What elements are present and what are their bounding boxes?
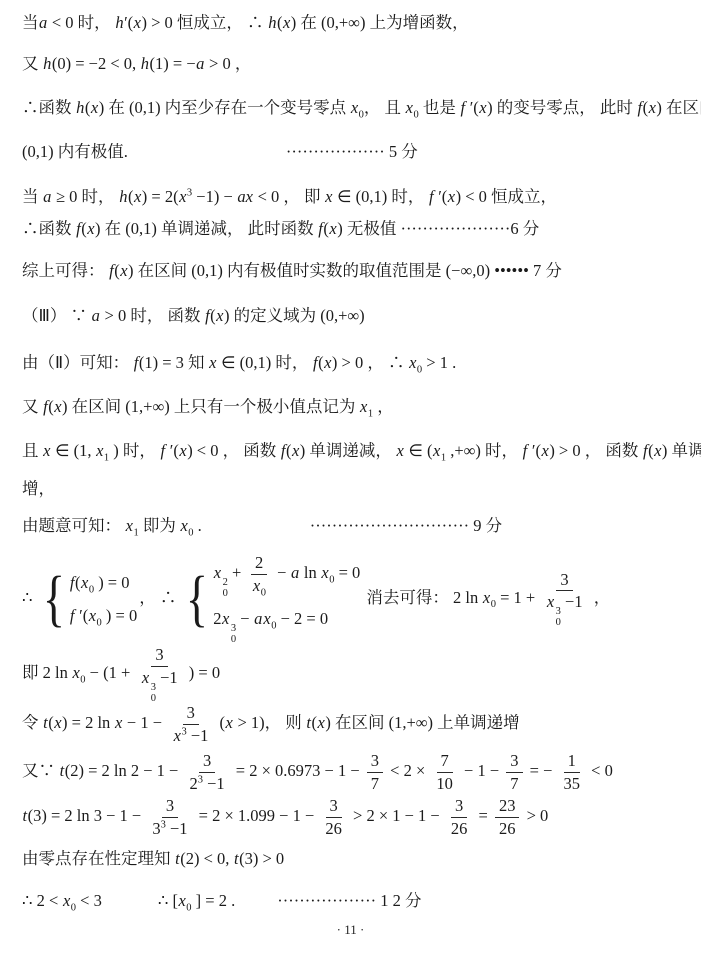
spacer bbox=[235, 905, 277, 906]
text-run: 增， bbox=[22, 479, 55, 498]
math-variable: x bbox=[96, 441, 104, 460]
text-run: < 0 ， 即 bbox=[253, 187, 324, 206]
math-variable: x bbox=[447, 187, 455, 206]
fraction-numerator: 23 bbox=[495, 796, 520, 818]
math-variable: x bbox=[546, 592, 554, 611]
text-run: −1) − bbox=[192, 187, 237, 206]
text-run: ， bbox=[373, 397, 394, 416]
text-run: ( bbox=[48, 397, 54, 416]
text-run: 26 bbox=[499, 819, 516, 838]
text-run: 由零点存在性定理知 bbox=[22, 849, 175, 868]
solution-line-10: 又 f(x) 在区间 (1,+∞) 上只有一个极小值点记为 x1 ， bbox=[22, 394, 394, 420]
text-run: ) = 0 bbox=[185, 663, 220, 682]
text-run: ( bbox=[648, 441, 654, 460]
fraction-denominator: 26 bbox=[447, 818, 472, 839]
text-run: ( bbox=[318, 353, 324, 372]
fraction-numerator: 3 bbox=[556, 570, 572, 592]
fraction-numerator: 3 bbox=[183, 703, 199, 725]
text-run: + bbox=[228, 563, 246, 582]
fraction: 3x30 −1 bbox=[542, 570, 586, 629]
text-run: . bbox=[194, 516, 202, 535]
math-variable: x bbox=[209, 353, 217, 372]
text-run: 7 bbox=[510, 774, 518, 793]
text-run: ) 在 (0,+∞) 上为增函数， bbox=[291, 13, 469, 32]
solution-line-12: 增， bbox=[22, 476, 55, 502]
text-run: ′( bbox=[466, 98, 479, 117]
text-run: ) 在区间 bbox=[656, 98, 701, 117]
text-run: ] = 2 . bbox=[192, 891, 236, 910]
math-variable: x bbox=[282, 13, 290, 32]
fraction-numerator: 3 bbox=[506, 751, 522, 773]
fraction-denominator: 7 bbox=[506, 773, 522, 794]
math-variable: x bbox=[654, 441, 662, 460]
solution-line-20: ∴ 2 < x0 < 3∴ [x0 ] = 2 .···············… bbox=[22, 888, 422, 914]
math-variable: a bbox=[196, 54, 205, 73]
text-run: (2) = 2 ln 2 − 1 − bbox=[65, 761, 183, 780]
fraction: 37 bbox=[367, 751, 383, 794]
text-run: (0,1) 内有极值. bbox=[22, 142, 128, 161]
text-run: ∴函数 bbox=[22, 98, 76, 117]
text-run: < 0 时， bbox=[48, 13, 115, 32]
math-variable: x bbox=[482, 588, 490, 607]
text-run: 3 bbox=[203, 751, 211, 770]
system-rows: f(x0 ) = 0f ′(x0 ) = 0 bbox=[69, 570, 137, 629]
math-variable: h bbox=[43, 54, 52, 73]
text-run: ) 在 (0,1) 单调递减， 此时函数 bbox=[95, 219, 318, 238]
text-run: ， ∴ bbox=[139, 588, 180, 607]
solution-line-11: 且 x ∈ (1, x1 ) 时， f ′(x) < 0 ， 函数 f(x) 单… bbox=[22, 438, 701, 464]
text-run: ∴ bbox=[22, 588, 37, 607]
text-run: > 1)， 则 bbox=[233, 713, 306, 732]
math-variable: x bbox=[479, 98, 487, 117]
fraction-numerator: 2 bbox=[251, 553, 267, 575]
text-run: ) > 0 恒成立， ∴ bbox=[142, 13, 268, 32]
text-run: 消去可得： 2 ln bbox=[362, 588, 482, 607]
text-run: − (1 + bbox=[86, 663, 135, 682]
solution-line-18: t(3) = 2 ln 3 − 1 − 333 −1 = 2 × 1.099 −… bbox=[22, 796, 548, 839]
text-run: 令 bbox=[22, 713, 43, 732]
text-run: −1 bbox=[156, 668, 178, 687]
text-run: > 1 . bbox=[422, 353, 456, 372]
text-run: ′( bbox=[166, 441, 179, 460]
system-row: x20 + 2x0 − a ln x0 = 0 bbox=[213, 553, 360, 599]
fraction-numerator: 3 bbox=[326, 796, 342, 818]
fraction-denominator: 33 −1 bbox=[148, 818, 191, 839]
text-run: ( bbox=[215, 713, 225, 732]
fraction-numerator: 3 bbox=[367, 751, 383, 773]
text-run: −1 bbox=[561, 592, 583, 611]
text-run: 当 bbox=[22, 13, 39, 32]
spacer bbox=[128, 156, 286, 157]
text-run: 综上可得： bbox=[22, 261, 109, 280]
system-rows: x20 + 2x0 − a ln x0 = 02x30 − ax0 − 2 = … bbox=[213, 553, 360, 645]
text-run: ) 在区间 (1,+∞) 上单调递增 bbox=[325, 713, 519, 732]
text-run: 即为 bbox=[139, 516, 180, 535]
text-run: ln bbox=[300, 563, 321, 582]
math-variable: x bbox=[252, 576, 260, 595]
fraction: 323 −1 bbox=[185, 751, 228, 794]
math-variable: x bbox=[179, 187, 187, 206]
text-run: 又∵ bbox=[22, 761, 59, 780]
fraction: 37 bbox=[506, 751, 522, 794]
text-run: = 0 bbox=[334, 563, 360, 582]
text-run: > 0 bbox=[522, 806, 548, 825]
text-run: > 0 ， bbox=[205, 54, 251, 73]
math-solution-page: 当a < 0 时， h′(x) > 0 恒成立， ∴ h(x) 在 (0,+∞)… bbox=[0, 0, 701, 953]
system-row: f(x0 ) = 0 bbox=[69, 570, 129, 596]
solution-line-13: 由题意可知： x1 即为 x0 .·······················… bbox=[22, 513, 502, 539]
text-run: ≥ 0 时， bbox=[52, 187, 119, 206]
text-run: ( bbox=[48, 713, 54, 732]
text-run: ′( bbox=[434, 187, 447, 206]
text-run: ) 单调递减， bbox=[300, 441, 396, 460]
solution-line-04: (0,1) 内有极值.·················· 5 分 bbox=[22, 139, 418, 165]
text-run: (2) < 0, bbox=[180, 849, 233, 868]
fraction-numerator: 1 bbox=[564, 751, 580, 773]
text-run: 7 bbox=[441, 751, 449, 770]
math-variable: x bbox=[87, 219, 95, 238]
subscript: 0 bbox=[261, 587, 266, 598]
text-run: < 2 × bbox=[386, 761, 429, 780]
solution-line-07: 综上可得： f(x) 在区间 (0,1) 内有极值时实数的取值范围是 (−∞,0… bbox=[22, 258, 562, 284]
text-run: 当 bbox=[22, 187, 43, 206]
text-run: ∈ (1, bbox=[51, 441, 96, 460]
math-variable: x bbox=[90, 98, 98, 117]
system-row: f ′(x0 ) = 0 bbox=[69, 603, 137, 629]
fraction: 2x0 bbox=[248, 553, 270, 596]
text-run: 即 2 ln bbox=[22, 663, 72, 682]
text-run: > 0 时， 函数 bbox=[100, 306, 204, 325]
solution-line-02: 又 h(0) = −2 < 0, h(1) = −a > 0 ， bbox=[22, 51, 251, 77]
math-variable: x bbox=[329, 219, 337, 238]
math-variable: h bbox=[115, 13, 124, 32]
math-variable: x bbox=[54, 713, 62, 732]
text-run: 2 bbox=[255, 553, 263, 572]
fraction-denominator: x3 −1 bbox=[169, 725, 212, 746]
fraction: 710 bbox=[432, 751, 457, 794]
text-run: 10 bbox=[436, 774, 453, 793]
fraction: 2326 bbox=[495, 796, 520, 839]
math-variable: x bbox=[179, 441, 187, 460]
text-run: −1 bbox=[166, 819, 188, 838]
text-run: 23 bbox=[499, 796, 516, 815]
text-run: 2 bbox=[213, 609, 221, 628]
solution-line-16: 令 t(x) = 2 ln x − 1 − 3x3 −1 (x > 1)， 则 … bbox=[22, 703, 520, 746]
text-run: ， 且 bbox=[364, 98, 405, 117]
fraction-denominator: x30 −1 bbox=[542, 591, 586, 628]
fraction-denominator: x30 −1 bbox=[137, 667, 181, 704]
solution-line-09: 由（Ⅱ）可知： f(1) = 3 知 x ∈ (0,1) 时， f(x) > 0… bbox=[22, 350, 456, 376]
math-variable: x bbox=[409, 353, 417, 372]
text-run: ·················· 5 分 bbox=[286, 142, 418, 161]
solution-line-03: ∴函数 h(x) 在 (0,1) 内至少存在一个变号零点 x0， 且 x0 也是… bbox=[22, 95, 701, 121]
text-run: 1 bbox=[568, 751, 576, 770]
math-variable: ax bbox=[237, 187, 254, 206]
text-run: ) = 0 bbox=[102, 606, 137, 625]
text-run: ∈ (0,1) 时， bbox=[333, 187, 429, 206]
math-variable: h bbox=[119, 187, 128, 206]
text-run: ) = 0 bbox=[94, 573, 129, 592]
fraction-numerator: 3 bbox=[451, 796, 467, 818]
page-number: · 11 · bbox=[0, 922, 701, 938]
math-variable: x bbox=[321, 563, 329, 582]
math-variable: a bbox=[39, 13, 48, 32]
text-run: 3 bbox=[166, 796, 174, 815]
text-run: ) < 0 恒成立， bbox=[456, 187, 557, 206]
text-run: 又 bbox=[22, 397, 43, 416]
text-run: 35 bbox=[564, 774, 581, 793]
left-brace: { bbox=[186, 573, 208, 626]
math-variable: x bbox=[88, 606, 96, 625]
equation-system: {x20 + 2x0 − a ln x0 = 02x30 − ax0 − 2 =… bbox=[182, 553, 360, 645]
text-run: （Ⅲ） ∵ bbox=[22, 306, 91, 325]
solution-line-08: （Ⅲ） ∵ a > 0 时， 函数 f(x) 的定义域为 (0,+∞) bbox=[22, 303, 365, 329]
math-variable: a bbox=[291, 563, 300, 582]
text-run: ) 在 (0,1) 内至少存在一个变号零点 bbox=[99, 98, 351, 117]
text-run: 也是 bbox=[419, 98, 460, 117]
fraction: 326 bbox=[447, 796, 472, 839]
text-run: ) 无极值 ····················6 分 bbox=[337, 219, 539, 238]
text-run: ) 在区间 (1,+∞) 上只有一个极小值点记为 bbox=[62, 397, 359, 416]
math-variable: a bbox=[254, 609, 263, 628]
text-run: −1 bbox=[203, 774, 225, 793]
math-variable: x bbox=[263, 609, 271, 628]
text-run: 2 bbox=[189, 774, 197, 793]
fraction-denominator: 10 bbox=[432, 773, 457, 794]
fraction: 333 −1 bbox=[148, 796, 191, 839]
math-variable: x bbox=[120, 261, 128, 280]
system-row: 2x30 − ax0 − 2 = 0 bbox=[213, 606, 328, 645]
text-run: 3 bbox=[560, 570, 568, 589]
math-variable: x bbox=[114, 713, 122, 732]
math-variable: x bbox=[350, 98, 358, 117]
math-variable: x bbox=[222, 609, 230, 628]
solution-line-15: 即 2 ln x0 − (1 + 3x30 −1 ) = 0 bbox=[22, 645, 220, 704]
text-run: ∴ 2 < bbox=[22, 891, 62, 910]
fraction-numerator: 7 bbox=[437, 751, 453, 773]
fraction-numerator: 3 bbox=[162, 796, 178, 818]
text-run: ( bbox=[81, 219, 87, 238]
text-run: = 2 × 1.099 − 1 − bbox=[195, 806, 319, 825]
text-run: ∴函数 bbox=[22, 219, 76, 238]
text-run: 3 bbox=[510, 751, 518, 770]
text-run: > 2 × 1 − 1 − bbox=[349, 806, 444, 825]
text-run: < 0 bbox=[587, 761, 613, 780]
text-run: − 1 − bbox=[123, 713, 166, 732]
text-run: −1 bbox=[187, 726, 209, 745]
math-variable: x bbox=[291, 441, 299, 460]
math-variable: x bbox=[433, 441, 441, 460]
text-run: ·················· 1 2 分 bbox=[277, 891, 421, 910]
fraction: 3x3 −1 bbox=[169, 703, 212, 746]
fraction: 3x30 −1 bbox=[137, 645, 181, 704]
math-variable: x bbox=[325, 187, 333, 206]
math-variable: x bbox=[213, 563, 221, 582]
text-run: ,+∞) 时， bbox=[446, 441, 522, 460]
math-variable: x bbox=[133, 187, 141, 206]
text-run: 26 bbox=[325, 819, 342, 838]
text-run: − 1 − bbox=[460, 761, 503, 780]
fraction-denominator: 23 −1 bbox=[185, 773, 228, 794]
math-variable: h bbox=[140, 54, 149, 73]
text-run: (0) = −2 < 0, bbox=[52, 54, 140, 73]
solution-line-06: ∴函数 f(x) 在 (0,1) 单调递减， 此时函数 f(x) 无极值 ···… bbox=[22, 216, 539, 242]
text-run: ) 单调递 bbox=[662, 441, 701, 460]
solution-line-19: 由零点存在性定理知 t(2) < 0, t(3) > 0 bbox=[22, 846, 284, 872]
text-run: ····························· 9 分 bbox=[310, 516, 502, 535]
text-run: 由（Ⅱ）可知： bbox=[22, 353, 133, 372]
text-run: ∴ [ bbox=[158, 891, 178, 910]
fraction-numerator: 3 bbox=[199, 751, 215, 773]
text-run: ( bbox=[114, 261, 120, 280]
text-run: 且 bbox=[22, 441, 43, 460]
math-variable: h bbox=[268, 13, 277, 32]
math-variable: x bbox=[359, 397, 367, 416]
solution-line-05: 当 a ≥ 0 时， h(x) = 2(x3 −1) − ax < 0 ， 即 … bbox=[22, 184, 557, 210]
text-run: ∈ ( bbox=[404, 441, 432, 460]
math-variable: x bbox=[141, 668, 149, 687]
solution-line-17: 又∵ t(2) = 2 ln 2 − 1 − 323 −1 = 2 × 0.69… bbox=[22, 751, 613, 794]
text-run: ) 时， bbox=[109, 441, 160, 460]
script-sub: 0 bbox=[231, 634, 236, 645]
math-variable: x bbox=[216, 306, 224, 325]
fraction-denominator: 26 bbox=[495, 818, 520, 839]
text-run: ， bbox=[590, 588, 611, 607]
text-run: 又 bbox=[22, 54, 43, 73]
solution-line-01: 当a < 0 时， h′(x) > 0 恒成立， ∴ h(x) 在 (0,+∞)… bbox=[22, 10, 469, 36]
text-run: ) > 0 ， 函数 bbox=[549, 441, 642, 460]
script-sub: 0 bbox=[556, 617, 561, 628]
fraction-numerator: 3 bbox=[151, 645, 167, 667]
text-run: = bbox=[474, 806, 492, 825]
text-run: ) < 0 ， 函数 bbox=[187, 441, 280, 460]
text-run: ) 的变号零点， 此时 bbox=[487, 98, 637, 117]
math-variable: x bbox=[324, 353, 332, 372]
text-run: = − bbox=[526, 761, 557, 780]
text-run: (3) = 2 ln 3 − 1 − bbox=[28, 806, 146, 825]
math-variable: x bbox=[54, 397, 62, 416]
text-run: (1) = − bbox=[150, 54, 196, 73]
fraction-denominator: 7 bbox=[367, 773, 383, 794]
fraction-denominator: 26 bbox=[321, 818, 346, 839]
text-run: 3 bbox=[187, 703, 195, 722]
text-run: 7 bbox=[371, 774, 379, 793]
text-run: 3 bbox=[371, 751, 379, 770]
text-run: 3 bbox=[455, 796, 463, 815]
fraction: 326 bbox=[321, 796, 346, 839]
text-run: − bbox=[236, 609, 254, 628]
text-run: ) = 2 ln bbox=[62, 713, 114, 732]
text-run: ′( bbox=[528, 441, 541, 460]
text-run: ′( bbox=[75, 606, 88, 625]
text-run: 3 bbox=[330, 796, 338, 815]
text-run: ′( bbox=[124, 13, 133, 32]
text-run: ) = 2( bbox=[142, 187, 179, 206]
equation-system: {f(x0 ) = 0f ′(x0 ) = 0 bbox=[39, 570, 138, 629]
math-variable: x bbox=[62, 891, 70, 910]
text-run: 26 bbox=[451, 819, 468, 838]
math-variable: x bbox=[133, 13, 141, 32]
text-run: = 2 × 0.6973 − 1 − bbox=[232, 761, 364, 780]
math-variable: a bbox=[43, 187, 52, 206]
text-run: < 3 bbox=[76, 891, 102, 910]
math-variable: x bbox=[80, 573, 88, 592]
text-run: 由题意可知： bbox=[22, 516, 125, 535]
text-run: ∈ (0,1) 时， bbox=[217, 353, 313, 372]
math-variable: a bbox=[91, 306, 100, 325]
text-run: 3 bbox=[152, 819, 160, 838]
math-variable: x bbox=[43, 441, 51, 460]
text-run: = 1 + bbox=[496, 588, 539, 607]
spacer bbox=[202, 530, 310, 531]
text-run: (3) > 0 bbox=[239, 849, 284, 868]
spacer bbox=[102, 905, 158, 906]
fraction-denominator: x0 bbox=[248, 575, 270, 596]
text-run: − bbox=[273, 563, 291, 582]
fraction: 135 bbox=[560, 751, 585, 794]
text-run: − 2 = 0 bbox=[276, 609, 328, 628]
math-variable: h bbox=[76, 98, 85, 117]
solution-line-14: ∴ {f(x0 ) = 0f ′(x0 ) = 0， ∴ {x20 + 2x0 … bbox=[22, 553, 610, 645]
text-run: ) > 0 ， ∴ bbox=[332, 353, 409, 372]
text-run: (1) = 3 知 bbox=[139, 353, 209, 372]
script-sub: 0 bbox=[223, 588, 228, 599]
text-run: ( bbox=[210, 306, 216, 325]
text-run: ) 的定义域为 (0,+∞) bbox=[224, 306, 365, 325]
left-brace: { bbox=[42, 573, 64, 626]
text-run: ) 在区间 (0,1) 内有极值时实数的取值范围是 (−∞,0) •••••• … bbox=[128, 261, 562, 280]
text-run: 3 bbox=[155, 645, 163, 664]
fraction-denominator: 35 bbox=[560, 773, 585, 794]
